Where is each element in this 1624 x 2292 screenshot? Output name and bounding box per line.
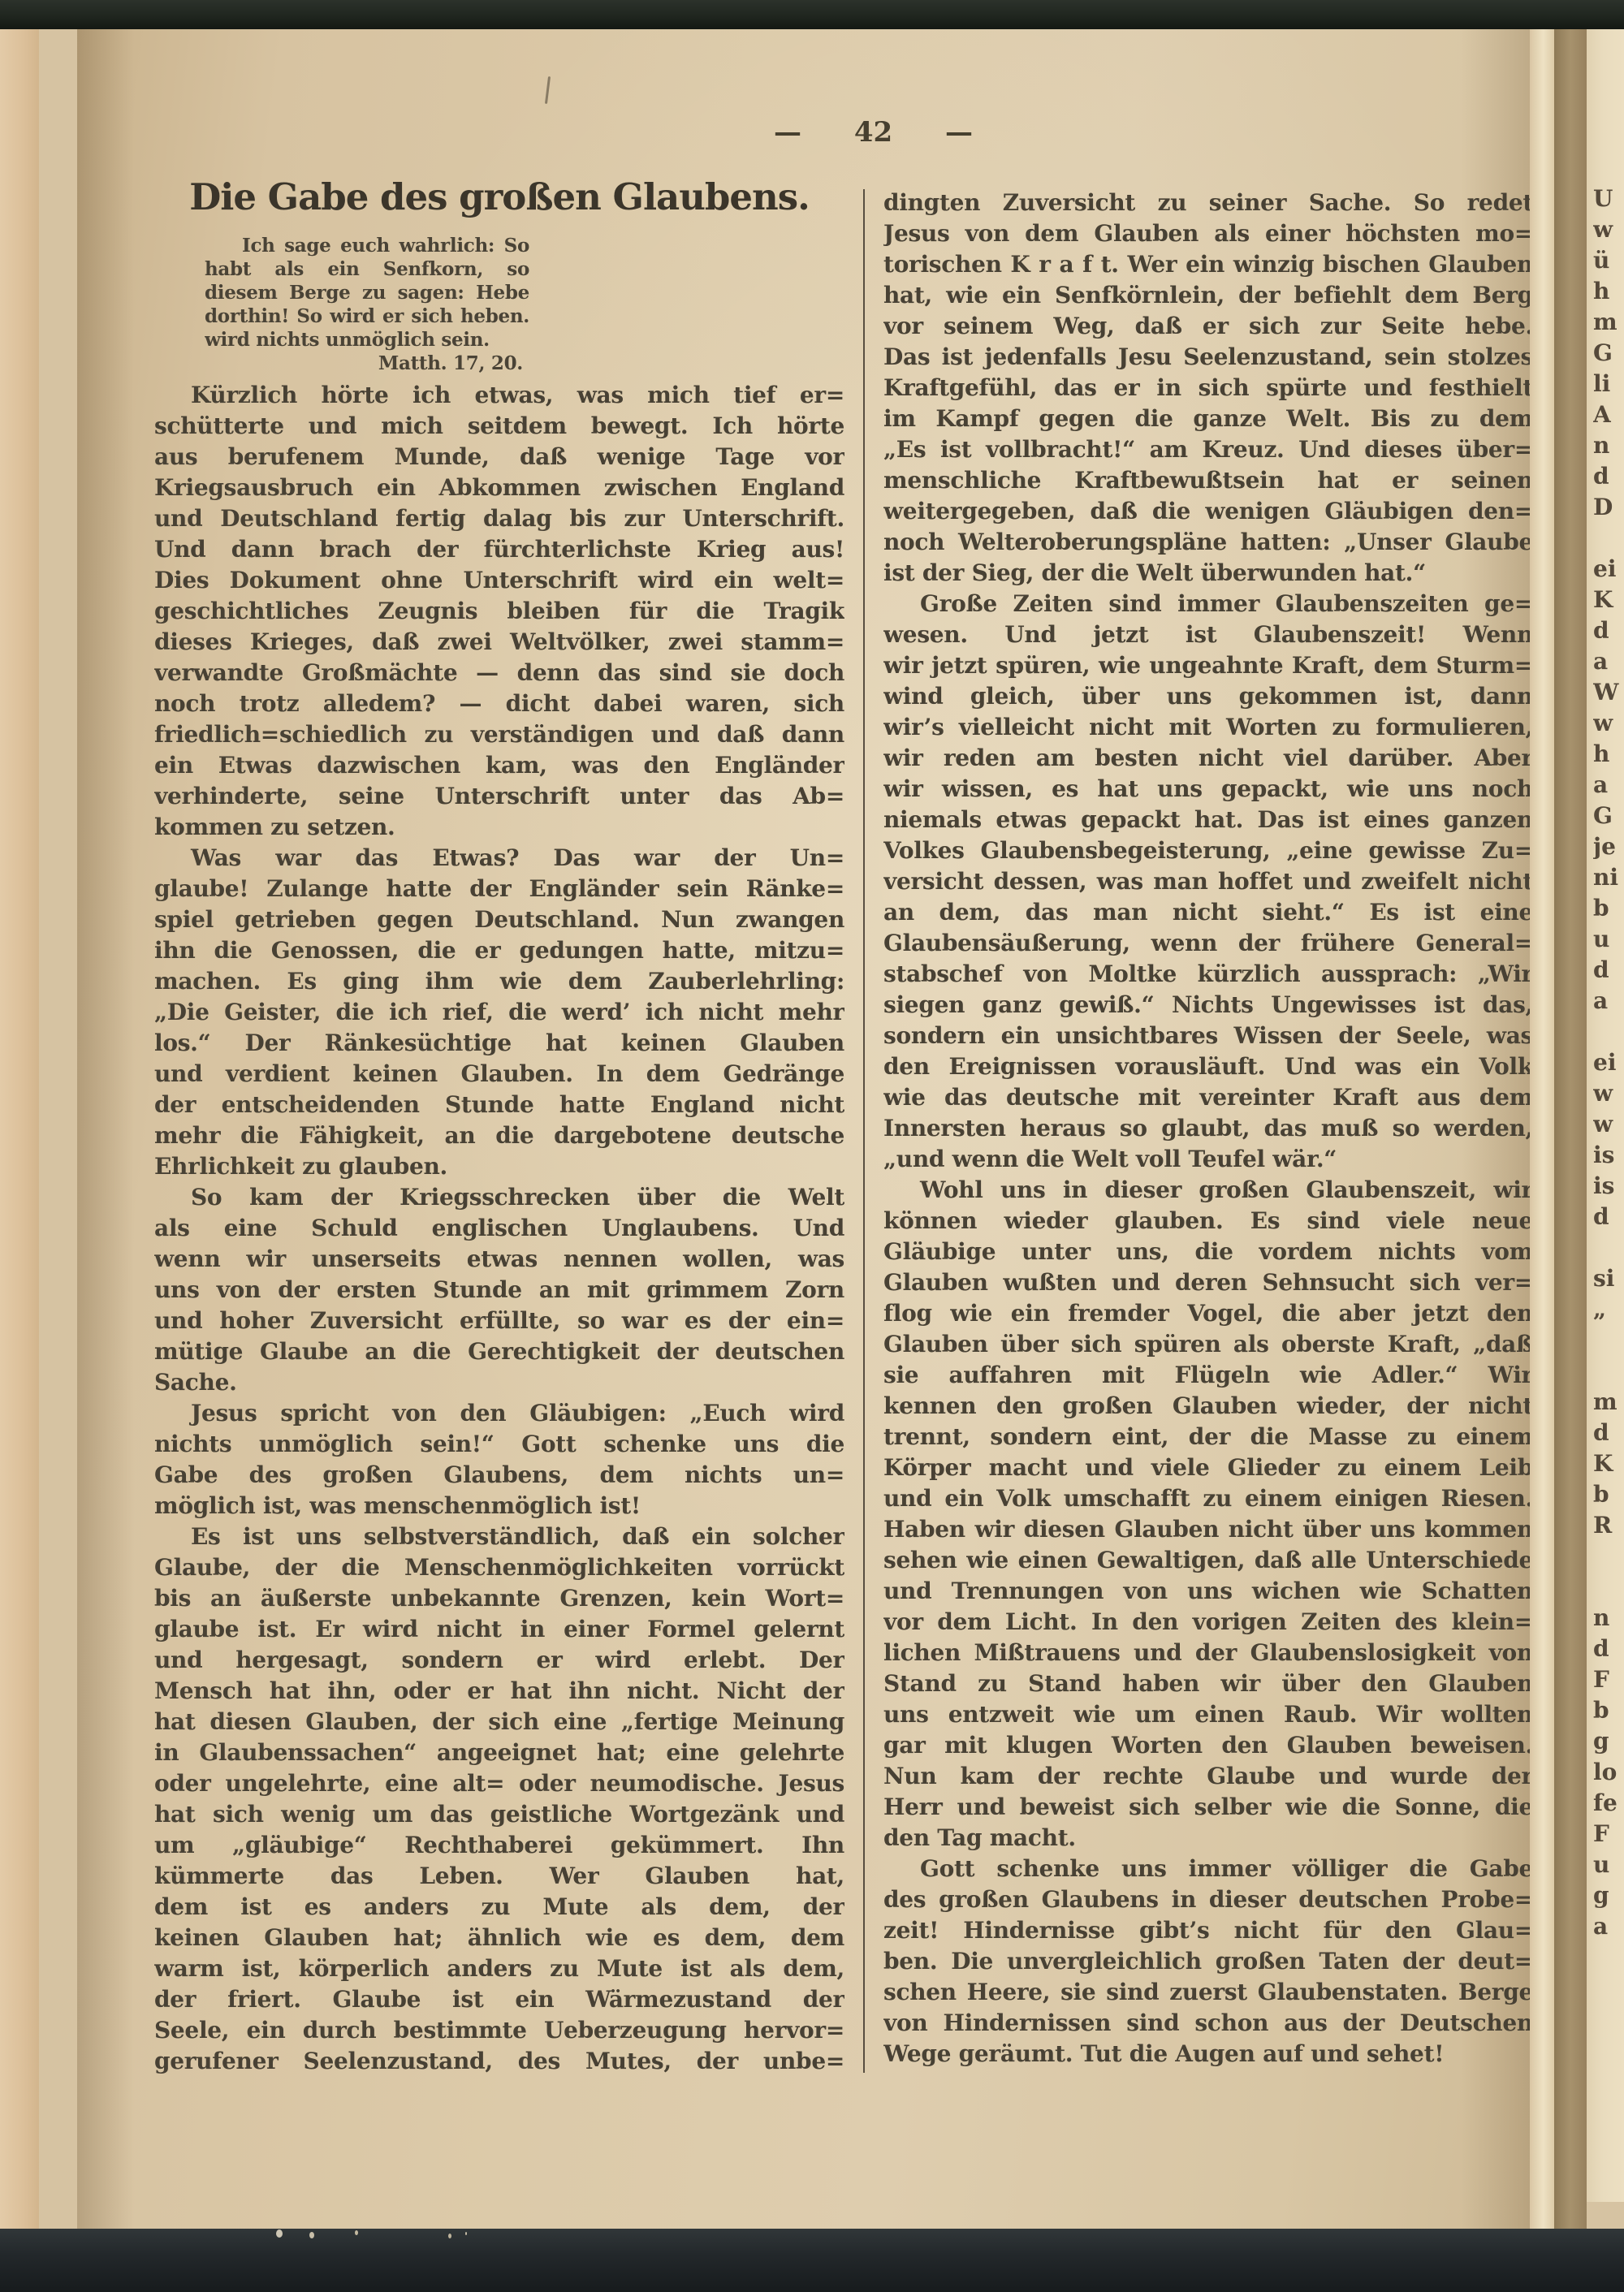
edge-text-fragment [1593,523,1624,554]
text-line: Sache. [154,1367,844,1398]
text-line: wir jetzt spüren, wie ungeahnte Kraft, d… [883,650,1533,681]
text-line: weitergegeben, daß die wenigen Gläubigen… [883,496,1533,527]
text-line: und Trennungen von uns wichen wie Schatt… [883,1576,1533,1607]
next-page-edge: UwühmGliAndDeiKdaWwhaGjenibudaeiwwisisds… [1587,29,1624,2202]
edge-text-fragment: is [1593,1171,1624,1202]
text-line: Dies Dokument ohne Unterschrift wird ein… [154,565,844,596]
text-line: den Tag macht. [883,1823,1533,1854]
text-line: ist der Sieg, der die Welt überwunden ha… [883,558,1533,589]
text-line: torischen K r a f t. Wer ein winzig bisc… [883,249,1533,280]
text-line: und hergesagt, sondern er wird erlebt. D… [154,1645,844,1676]
edge-text-fragment: a [1593,646,1624,677]
text-line: Jesus von dem Glauben als einer höchsten… [883,218,1533,249]
page-number: 42 [854,116,892,149]
text-line: Herr und beweist sich selber wie die Son… [883,1792,1533,1823]
text-line: uns entzweit wie um einen Raub. Wir woll… [883,1699,1533,1730]
edge-text-fragment: ü [1593,245,1624,276]
page-right-curl-highlight [1530,29,1554,2229]
edge-text-fragment: w [1593,214,1624,245]
text-line: kennen den großen Glauben wieder, der ni… [883,1391,1533,1422]
edge-text-fragment: K [1593,1448,1624,1479]
text-line: hat, wie ein Senfkörnlein, der befiehlt … [883,280,1533,311]
edge-text-fragment: d [1593,1202,1624,1232]
page-header-folio: — 42 — [774,114,973,151]
edge-text-fragment: K [1593,585,1624,615]
text-line: habt als ein Senfkorn, so vermögt ihr zu [205,257,529,281]
text-line: Was war das Etwas? Das war der Un= [154,843,844,874]
edge-text-fragment: b [1593,1479,1624,1510]
text-line: vor dem Licht. In den vorigen Zeiten des… [883,1607,1533,1638]
text-line: und verdient keinen Glauben. In dem Gedr… [154,1059,844,1090]
edge-text-fragment: a [1593,770,1624,801]
text-line: uns von der ersten Stunde an mit grimmem… [154,1275,844,1306]
epigraph-citation: Matth. 17, 20. [205,352,529,375]
text-line: wenn wir unserseits etwas nennen wollen,… [154,1244,844,1275]
edge-text-fragment: li [1593,369,1624,399]
book-cover-top-edge [0,0,1624,29]
edge-text-fragment: G [1593,338,1624,369]
text-line: im Kampf gegen die ganze Welt. Bis zu de… [883,404,1533,434]
text-line: Glauben wußten und deren Sehnsucht sich … [883,1267,1533,1298]
text-line: Glaube, der die Menschenmöglichkeiten vo… [154,1552,844,1583]
text-line: von Hindernissen sind schon aus der Deut… [883,2008,1533,2039]
text-line: des großen Glaubens in dieser deutschen … [883,1884,1533,1915]
edge-text-fragment: lo [1593,1757,1624,1788]
edge-text-fragment: u [1593,1850,1624,1880]
text-line: Kraftgefühl, das er in sich spürte und f… [883,373,1533,404]
text-line: und hoher Zuversicht erfüllte, so war es… [154,1306,844,1336]
text-line: gar mit klugen Worten den Glauben beweis… [883,1730,1533,1761]
edge-text-fragment: m [1593,307,1624,338]
scan-artifact-speck [545,76,551,104]
text-line: Seele, ein durch bestimmte Ueberzeugung … [154,2015,844,2046]
edge-text-fragment: d [1593,461,1624,492]
text-line: bis an äußerste unbekannte Grenzen, kein… [154,1583,844,1614]
text-line: warm ist, körperlich anders zu Mute ist … [154,1953,844,1984]
text-line: oder ungelehrte, eine alt= oder neumodis… [154,1768,844,1799]
column-divider-rule [863,189,865,2073]
text-line: Mensch hat ihn, oder er hat ihn nicht. N… [154,1676,844,1707]
text-line: mütige Glaube an die Gerechtigkeit der d… [154,1336,844,1367]
text-line: Stand zu Stand haben wir über den Glaube… [883,1668,1533,1699]
edge-text-fragment: d [1593,1634,1624,1664]
text-line: gerufener Seelenzustand, des Mutes, der … [154,2046,844,2077]
edge-text-fragment: G [1593,801,1624,831]
text-line: Glaubensäußerung, wenn der frühere Gener… [883,928,1533,959]
gutter-shadow [1554,29,1587,2229]
text-line: den Ereignissen vorausläuft. Und was ein… [883,1051,1533,1082]
text-line: wir wissen, es hat uns gepackt, wie uns … [883,774,1533,805]
edge-text-fragment: n [1593,1603,1624,1634]
edge-text-fragment: ni [1593,862,1624,893]
text-line: wie das deutsche mit vereinter Kraft aus… [883,1082,1533,1113]
text-line: um „gläubige“ Rechthaberei gekümmert. Ih… [154,1830,844,1861]
text-line: zeit! Hindernisse gibt’s nicht für den G… [883,1915,1533,1946]
text-line: Es ist uns selbstverständlich, daß ein s… [154,1522,844,1552]
left-column-text: Kürzlich hörte ich etwas, was mich tief … [154,380,844,2077]
text-line: ihn die Genossen, die er gedungen hatte,… [154,935,844,966]
text-line: machen. Es ging ihm wie dem Zauberlehrli… [154,966,844,997]
text-line: „Die Geister, die ich rief, die werd’ ic… [154,997,844,1028]
text-line: nichts unmöglich sein!“ Gott schenke uns… [154,1429,844,1460]
edge-text-fragment [1593,1232,1624,1263]
text-line: als eine Schuld englischen Unglaubens. U… [154,1213,844,1244]
edge-text-fragment: h [1593,276,1624,307]
text-line: Ich sage euch wahrlich: So ihr Glauben [205,234,529,257]
text-line: hat sich wenig um das geistliche Wortgez… [154,1799,844,1830]
text-line: noch trotz alledem? — dicht dabei waren,… [154,688,844,719]
text-line: können wieder glauben. Es sind viele neu… [883,1206,1533,1237]
text-line: Körper macht und viele Glieder zu einem … [883,1452,1533,1483]
text-line: stabschef von Moltke kürzlich aussprach:… [883,959,1533,990]
text-line: Gabe des großen Glaubens, dem nichts un= [154,1460,844,1491]
text-line: aus berufenem Munde, daß wenige Tage vor [154,442,844,473]
edge-text-fragment: a [1593,1911,1624,1942]
text-line: glaube! Zulange hatte der Engländer sein… [154,874,844,904]
edge-text-fragment [1593,1017,1624,1047]
text-line: wir reden am besten nicht viel darüber. … [883,743,1533,774]
text-line: hat diesen Glauben, der sich eine „ferti… [154,1707,844,1737]
text-line: menschliche Kraftbewußtsein hat er seine… [883,465,1533,496]
text-line: Und dann brach der fürchterlichste Krieg… [154,534,844,565]
text-line: an dem, das man nicht sieht.“ Es ist ein… [883,897,1533,928]
text-line: los.“ Der Ränkesüchtige hat keinen Glaub… [154,1028,844,1059]
edge-text-fragment [1593,1356,1624,1387]
text-line: Innersten heraus so glaubt, das muß so w… [883,1113,1533,1144]
text-line: der entscheidenden Stunde hatte England … [154,1090,844,1120]
text-line: vor seinem Weg, daß er sich zur Seite he… [883,311,1533,342]
text-line: Wohl uns in dieser großen Glaubenszeit, … [883,1175,1533,1206]
article-title: Die Gabe des großen Glaubens. [154,175,844,218]
edge-text-fragment: g [1593,1726,1624,1757]
edge-text-fragment: w [1593,1109,1624,1140]
text-line: kümmerte das Leben. Wer Glauben hat, [154,1861,844,1892]
edge-text-fragment: U [1593,183,1624,214]
text-line: wir’s vielleicht nicht mit Worten zu for… [883,712,1533,743]
text-line: Volkes Glaubensbegeisterung, „eine gewis… [883,835,1533,866]
book-cover-bottom-edge [0,2229,1624,2292]
edge-text-fragment: d [1593,955,1624,986]
edge-text-fragment: u [1593,924,1624,955]
edge-text-fragment: w [1593,708,1624,739]
edge-text-fragment: „ [1593,1294,1624,1325]
text-line: in Glaubenssachen“ angeeignet hat; eine … [154,1737,844,1768]
text-line: Nun kam der rechte Glaube und wurde der [883,1761,1533,1792]
text-line: ben. Die unvergleichlich großen Taten de… [883,1946,1533,1977]
text-line: dem ist es anders zu Mute als dem, der [154,1892,844,1923]
text-line: wind gleich, über uns gekommen ist, dann… [883,681,1533,712]
edge-text-fragment: F [1593,1819,1624,1850]
text-line: glaube ist. Er wird nicht in einer Forme… [154,1614,844,1645]
stacked-page-edges [39,29,77,2229]
text-line: Glauben über sich spüren als oberste Kra… [883,1329,1533,1360]
text-line: „Es ist vollbracht!“ am Kreuz. Und diese… [883,434,1533,465]
text-line: niemals etwas gepackt hat. Das ist eines… [883,805,1533,835]
text-line: „und wenn die Welt voll Teufel wär.“ [883,1144,1533,1175]
text-line: noch Welteroberungspläne hatten: „Unser … [883,527,1533,558]
edge-text-fragment: ei [1593,554,1624,585]
text-line: friedlich=schiedlich zu verständigen und… [154,719,844,750]
text-line: Kürzlich hörte ich etwas, was mich tief … [154,380,844,411]
text-line: siegen ganz gewiß.“ Nichts Ungewisses is… [883,990,1533,1021]
text-line: geschichtliches Zeugnis bleiben für die … [154,596,844,627]
text-line: Jesus spricht von den Gläubigen: „Euch w… [154,1398,844,1429]
text-line: wesen. Und jetzt ist Glaubenszeit! Wenn [883,619,1533,650]
text-line: verhinderte, seine Unterschrift unter da… [154,781,844,812]
edge-text-fragment: ei [1593,1047,1624,1078]
text-line: Gläubige unter uns, die vordem nichts vo… [883,1237,1533,1267]
epigraph: Ich sage euch wahrlich: So ihr Glaubenha… [205,234,529,375]
edge-text-fragment: g [1593,1880,1624,1911]
text-line: sehen wie einen Gewaltigen, daß alle Unt… [883,1545,1533,1576]
text-line: ein Etwas dazwischen kam, was den Englän… [154,750,844,781]
edge-text-fragment: a [1593,986,1624,1017]
text-line: sondern ein unsichtbares Wissen der Seel… [883,1021,1533,1051]
text-line: lichen Mißtrauens und der Glaubenslosigk… [883,1638,1533,1668]
text-line: Große Zeiten sind immer Glaubenszeiten g… [883,589,1533,619]
next-page-text-fragments: UwühmGliAndDeiKdaWwhaGjenibudaeiwwisisds… [1593,183,1624,1942]
edge-text-fragment: je [1593,831,1624,862]
text-line: flog wie ein fremder Vogel, die aber jet… [883,1298,1533,1329]
text-line: keinen Glauben hat; ähnlich wie es dem, … [154,1923,844,1953]
text-line: dorthin! So wird er sich heben. Und euch [205,304,529,328]
text-line: Wege geräumt. Tut die Augen auf und sehe… [883,2039,1533,2070]
folio-right-dash: — [945,116,973,149]
edge-text-fragment: is [1593,1140,1624,1171]
edge-text-fragment: w [1593,1078,1624,1109]
edge-text-fragment: si [1593,1263,1624,1294]
right-column-text: dingten Zuversicht zu seiner Sache. So r… [883,188,1533,2070]
text-line: Ehrlichkeit zu glauben. [154,1151,844,1182]
text-line: mehr die Fähigkeit, an die dargebotene d… [154,1120,844,1151]
edge-text-fragment [1593,1325,1624,1356]
text-line: trennt, sondern eint, der die Masse zu e… [883,1422,1533,1452]
edge-text-fragment: d [1593,1418,1624,1448]
text-line: verwandte Großmächte — denn das sind sie… [154,658,844,688]
text-line: und Deutschland fertig dalag bis zur Unt… [154,503,844,534]
text-line: versicht dessen, was man hoffet und zwei… [883,866,1533,897]
edge-text-fragment: D [1593,492,1624,523]
book-scan: — 42 — Die Gabe des großen Glaubens. Ich… [0,0,1624,2292]
text-line: Das ist jedenfalls Jesu Seelenzustand, s… [883,342,1533,373]
edge-text-fragment: d [1593,615,1624,646]
edge-text-fragment: A [1593,399,1624,430]
text-line: wird nichts unmöglich sein. [205,328,529,352]
epigraph-verse: Ich sage euch wahrlich: So ihr Glaubenha… [205,234,529,352]
text-line: Gott schenke uns immer völliger die Gabe [883,1854,1533,1884]
edge-text-fragment [1593,1572,1624,1603]
page-block-left-edge [0,29,39,2229]
text-line: schütterte und mich seitdem bewegt. Ich … [154,411,844,442]
edge-text-fragment: b [1593,893,1624,924]
edge-text-fragment: m [1593,1387,1624,1418]
text-line: schen Heere, sie sind zuerst Glaubenstat… [883,1977,1533,2008]
text-line: spiel getrieben gegen Deutschland. Nun z… [154,904,844,935]
folio-left-dash: — [774,116,801,149]
text-line: der friert. Glaube ist ein Wärmezustand … [154,1984,844,2015]
text-line: und ein Volk umschafft zu einem einigen … [883,1483,1533,1514]
text-line: sie auffahren mit Flügeln wie Adler.“ Wi… [883,1360,1533,1391]
edge-text-fragment: R [1593,1510,1624,1541]
text-line: möglich ist, was menschenmöglich ist! [154,1491,844,1522]
cover-wear-threads [276,2229,283,2238]
text-line: kommen zu setzen. [154,812,844,843]
text-line: Kriegsausbruch ein Abkommen zwischen Eng… [154,473,844,503]
text-line: dingten Zuversicht zu seiner Sache. So r… [883,188,1533,218]
edge-text-fragment: fe [1593,1788,1624,1819]
edge-text-fragment [1593,1541,1624,1572]
edge-text-fragment: W [1593,677,1624,708]
text-line: dieses Krieges, daß zwei Weltvölker, zwe… [154,627,844,658]
edge-text-fragment: b [1593,1695,1624,1726]
edge-text-fragment: h [1593,739,1624,770]
text-line: So kam der Kriegsschrecken über die Welt [154,1182,844,1213]
edge-text-fragment: F [1593,1664,1624,1695]
edge-text-fragment: n [1593,430,1624,461]
text-line: Haben wir diesen Glauben nicht über uns … [883,1514,1533,1545]
text-line: diesem Berge zu sagen: Hebe dich von hin… [205,281,529,304]
